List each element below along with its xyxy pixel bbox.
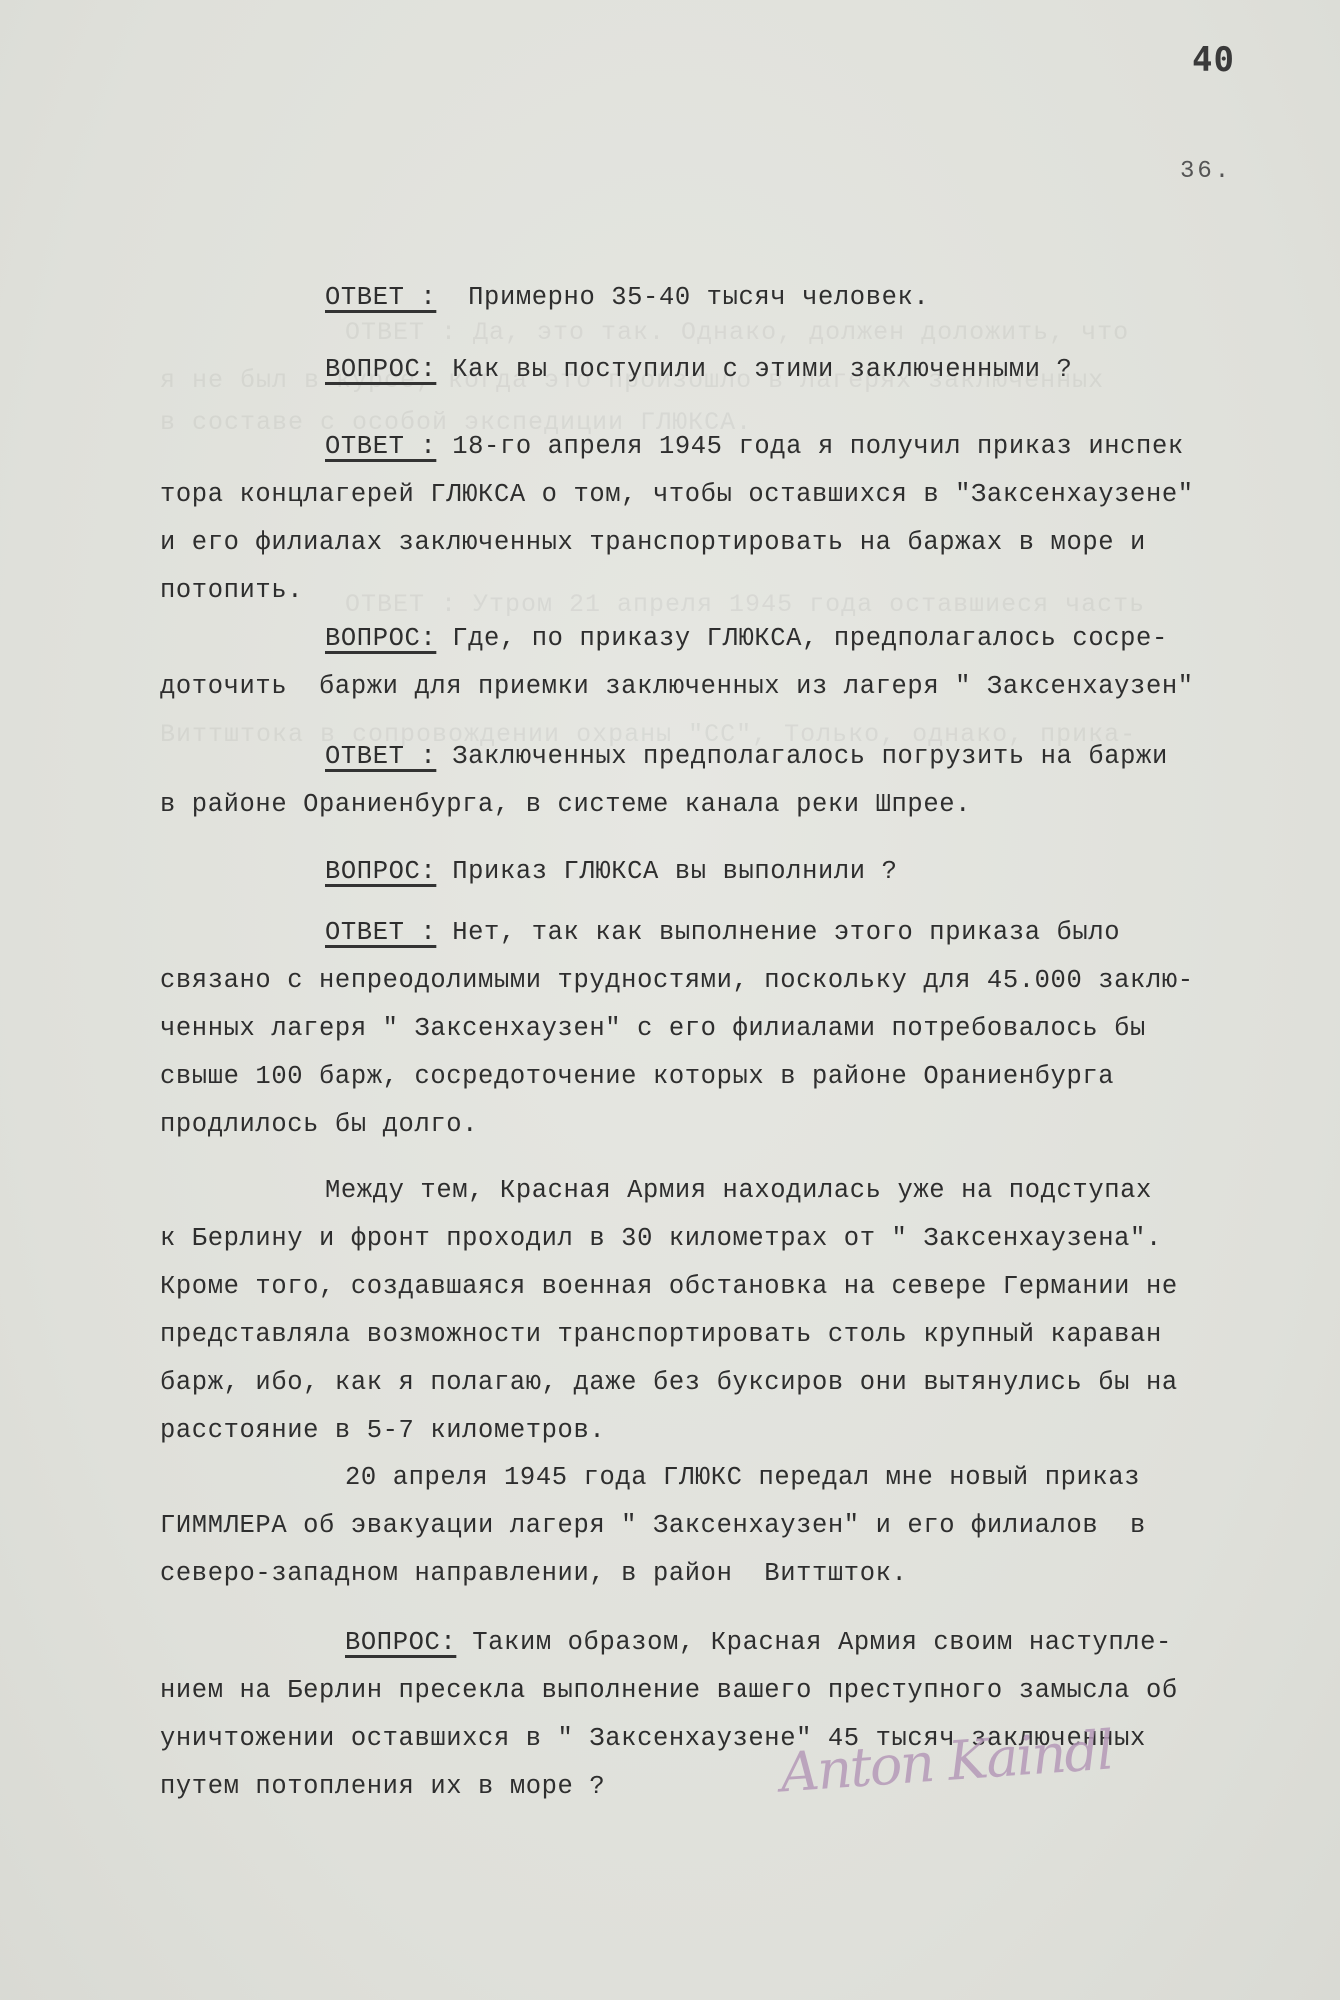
text-line: доточить баржи для приемки заключенных и… bbox=[160, 672, 1194, 701]
line-text: продлилось бы долго. bbox=[160, 1110, 478, 1139]
text-line: представляла возможности транспортироват… bbox=[160, 1320, 1162, 1349]
text-line: свыше 100 барж, сосредоточение которых в… bbox=[160, 1062, 1114, 1091]
answer-line: ОТВЕТ : Нет, так как выполнение этого пр… bbox=[325, 918, 1120, 947]
text-line: ГИММЛЕРА об эвакуации лагеря " Заксенхау… bbox=[160, 1511, 1146, 1540]
question-line: ВОПРОС: Таким образом, Красная Армия сво… bbox=[345, 1628, 1172, 1657]
text-line: связано с непреодолимыми трудностями, по… bbox=[160, 966, 1194, 995]
text-line: нием на Берлин пресекла выполнение вашег… bbox=[160, 1676, 1178, 1705]
bleed-through-text: ОТВЕТ : Утром 21 апреля 1945 года оставш… bbox=[345, 590, 1145, 619]
text-line: ченных лагеря " Заксенхаузен" с его фили… bbox=[160, 1014, 1146, 1043]
line-text: барж, ибо, как я полагаю, даже без букси… bbox=[160, 1368, 1178, 1397]
question-line: ВОПРОС: Где, по приказу ГЛЮКСА, предпола… bbox=[325, 624, 1168, 653]
line-text: Между тем, Красная Армия находилась уже … bbox=[325, 1176, 1152, 1205]
line-text: Кроме того, создавшаяся военная обстанов… bbox=[160, 1272, 1178, 1301]
text-line: к Берлину и фронт проходил в 30 километр… bbox=[160, 1224, 1162, 1253]
line-text: свыше 100 барж, сосредоточение которых в… bbox=[160, 1062, 1114, 1091]
question-label: ВОПРОС: bbox=[325, 624, 436, 653]
line-text: Таким образом, Красная Армия своим насту… bbox=[456, 1628, 1172, 1657]
line-text: 20 апреля 1945 года ГЛЮКС передал мне но… bbox=[345, 1463, 1140, 1492]
text-line: расстояние в 5-7 километров. bbox=[160, 1416, 605, 1445]
text-line: тора концлагерей ГЛЮКСА о том, чтобы ост… bbox=[160, 480, 1194, 509]
line-text: Где, по приказу ГЛЮКСА, предполагалось с… bbox=[436, 624, 1168, 653]
line-text: Приказ ГЛЮКСА вы выполнили ? bbox=[436, 857, 897, 886]
line-text: нием на Берлин пресекла выполнение вашег… bbox=[160, 1676, 1178, 1705]
text-line: Между тем, Красная Армия находилась уже … bbox=[325, 1176, 1152, 1205]
line-text: расстояние в 5-7 километров. bbox=[160, 1416, 605, 1445]
bleed-through-text: ОТВЕТ : Да, это так. Однако, должен доло… bbox=[345, 318, 1129, 347]
text-line: и его филиалах заключенных транспортиров… bbox=[160, 528, 1146, 557]
text-line: путем потопления их в море ? bbox=[160, 1772, 605, 1801]
text-line: 20 апреля 1945 года ГЛЮКС передал мне но… bbox=[345, 1463, 1140, 1492]
line-text: к Берлину и фронт проходил в 30 километр… bbox=[160, 1224, 1162, 1253]
line-text: ченных лагеря " Заксенхаузен" с его фили… bbox=[160, 1014, 1146, 1043]
archive-folio-number: 40 bbox=[1192, 40, 1235, 80]
text-line: Кроме того, создавшаяся военная обстанов… bbox=[160, 1272, 1178, 1301]
question-label: ВОПРОС: bbox=[325, 355, 436, 384]
answer-line: ОТВЕТ : 18-го апреля 1945 года я получил… bbox=[325, 432, 1184, 461]
text-line: в районе Ораниенбурга, в системе канала … bbox=[160, 790, 971, 819]
answer-line: ОТВЕТ : Заключенных предполагалось погру… bbox=[325, 742, 1168, 771]
page-number: 36. bbox=[1180, 158, 1232, 185]
line-text: представляла возможности транспортироват… bbox=[160, 1320, 1162, 1349]
line-text: тора концлагерей ГЛЮКСА о том, чтобы ост… bbox=[160, 480, 1194, 509]
line-text: Заключенных предполагалось погрузить на … bbox=[436, 742, 1168, 771]
text-line: продлилось бы долго. bbox=[160, 1110, 478, 1139]
line-text: Нет, так как выполнение этого приказа бы… bbox=[436, 918, 1120, 947]
question-label: ВОПРОС: bbox=[345, 1628, 456, 1657]
text-line: барж, ибо, как я полагаю, даже без букси… bbox=[160, 1368, 1178, 1397]
line-text: и его филиалах заключенных транспортиров… bbox=[160, 528, 1146, 557]
line-text: путем потопления их в море ? bbox=[160, 1772, 605, 1801]
line-text: доточить баржи для приемки заключенных и… bbox=[160, 672, 1194, 701]
line-text: северо-западном направлении, в район Вит… bbox=[160, 1559, 907, 1588]
line-text: Как вы поступили с этими заключенными ? bbox=[436, 355, 1072, 384]
question-line: ВОПРОС: Как вы поступили с этими заключе… bbox=[325, 355, 1072, 384]
question-label: ВОПРОС: bbox=[325, 857, 436, 886]
line-text: Примерно 35-40 тысяч человек. bbox=[436, 283, 929, 312]
line-text: в районе Ораниенбурга, в системе канала … bbox=[160, 790, 971, 819]
answer-label: ОТВЕТ : bbox=[325, 918, 436, 947]
line-text: связано с непреодолимыми трудностями, по… bbox=[160, 966, 1194, 995]
line-text: потопить. bbox=[160, 576, 303, 605]
line-text: 18-го апреля 1945 года я получил приказ … bbox=[436, 432, 1183, 461]
answer-label: ОТВЕТ : bbox=[325, 432, 436, 461]
text-line: потопить. bbox=[160, 576, 303, 605]
line-text: ГИММЛЕРА об эвакуации лагеря " Заксенхау… bbox=[160, 1511, 1146, 1540]
document-page: 40 36. ОТВЕТ : Да, это так. Однако, долж… bbox=[0, 0, 1340, 2000]
answer-label: ОТВЕТ : bbox=[325, 742, 436, 771]
question-line: ВОПРОС: Приказ ГЛЮКСА вы выполнили ? bbox=[325, 857, 898, 886]
answer-label: ОТВЕТ : bbox=[325, 283, 436, 312]
answer-line: ОТВЕТ : Примерно 35-40 тысяч человек. bbox=[325, 283, 929, 312]
text-line: северо-западном направлении, в район Вит… bbox=[160, 1559, 907, 1588]
